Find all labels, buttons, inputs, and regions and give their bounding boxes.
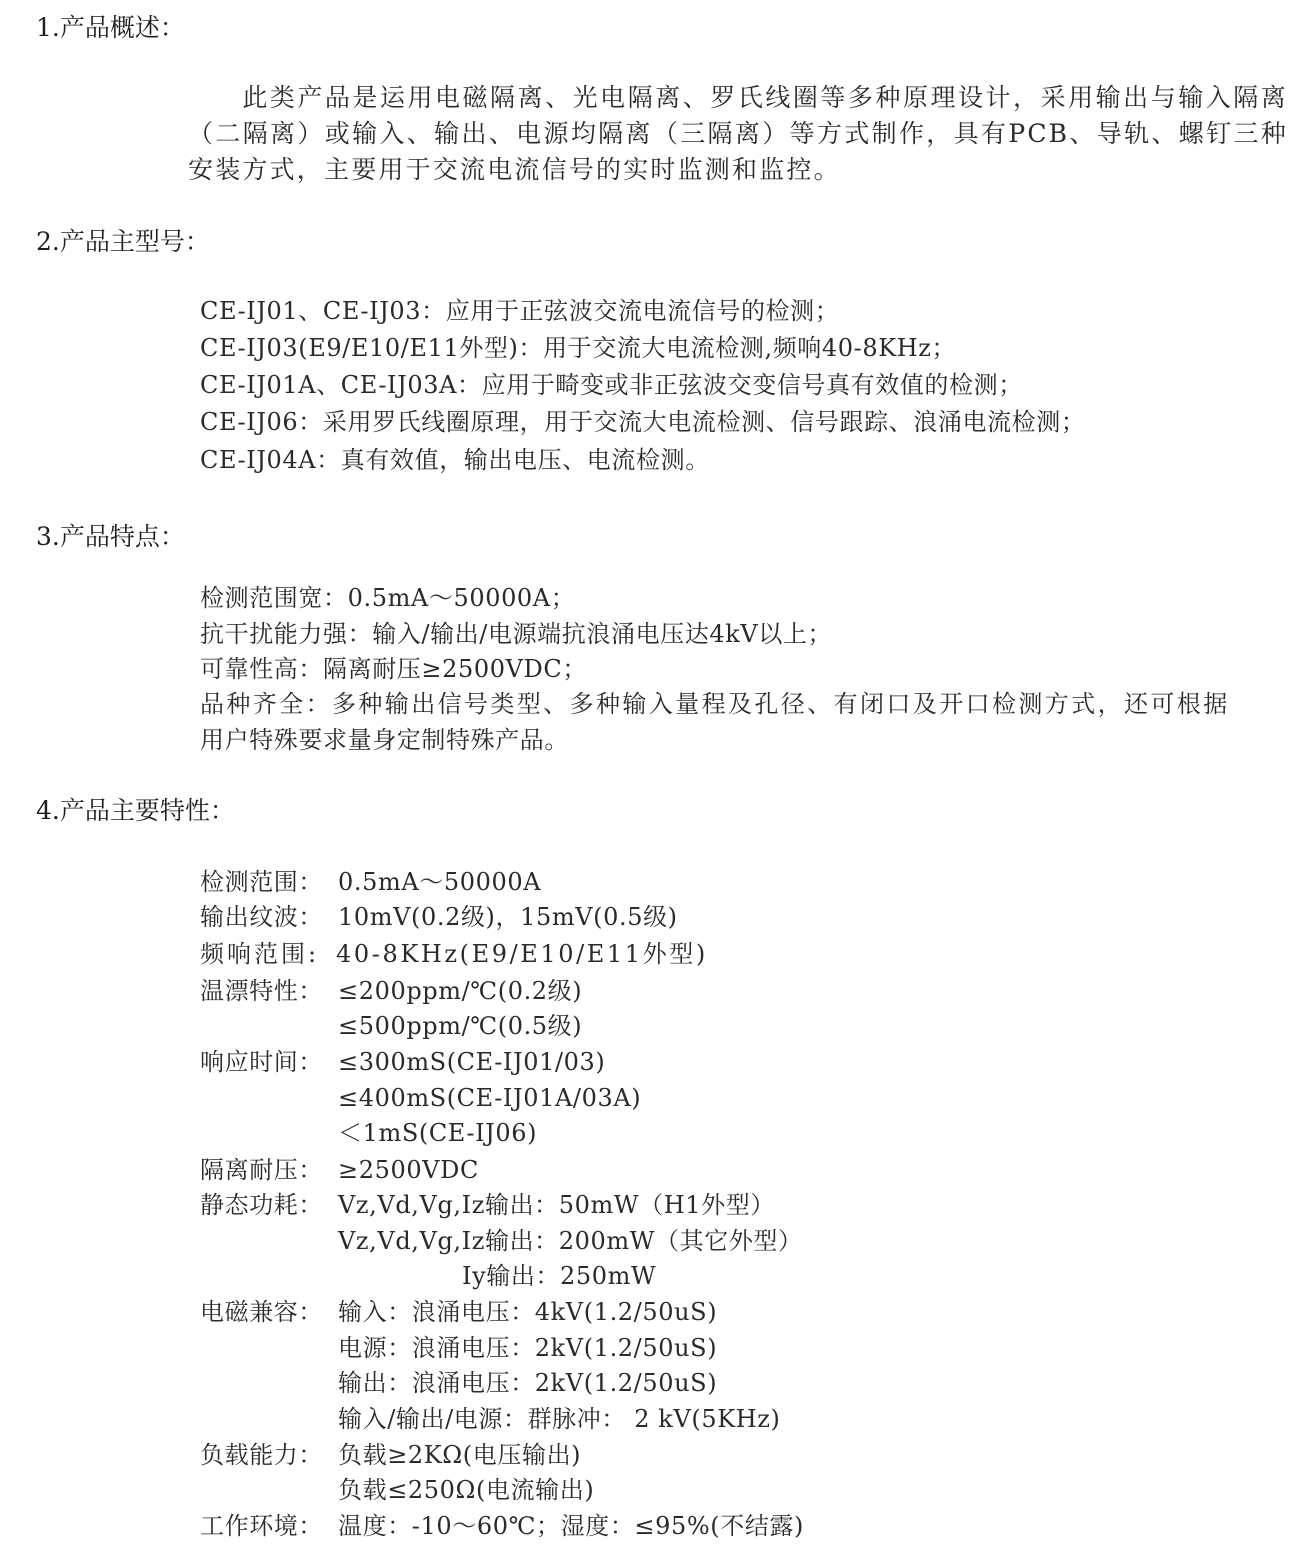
model-item: CE-IJ03(E9/E10/E11外型)：用于交流大电流检测,频响40-8KH…: [200, 333, 956, 363]
spec-value: ＜1mS(CE-IJ06): [338, 1118, 537, 1148]
spec-value: 10mV(0.2级)，15mV(0.5级): [338, 902, 678, 932]
spec-value: 输入/输出/电源：群脉冲： 2 kV(5KHz): [338, 1404, 780, 1434]
model-item: CE-IJ01、CE-IJ03：应用于正弦波交流电流信号的检测；: [200, 296, 839, 326]
section-heading-features: 3.产品特点：: [36, 522, 185, 552]
spec-value: 温度：-10～60℃；湿度：≤95%(不结露): [338, 1511, 804, 1541]
spec-value: ≤200ppm/℃(0.2级): [338, 976, 582, 1006]
spec-value: 负载≥2KΩ(电压输出): [338, 1440, 581, 1470]
spec-value: 0.5mA～50000A: [338, 867, 541, 897]
spec-value: ≤400mS(CE-IJ01A/03A): [338, 1083, 641, 1113]
feature-item: 抗干扰能力强：输入/输出/电源端抗浪涌电压达4kV以上；: [200, 619, 832, 649]
spec-value: ≤300mS(CE-IJ01/03): [338, 1047, 605, 1077]
spec-value: Iy输出：250mW: [462, 1261, 656, 1291]
spec-value: 负载≤250Ω(电流输出): [338, 1475, 594, 1505]
spec-value: 电源：浪涌电压：2kV(1.2/50uS): [338, 1333, 717, 1363]
spec-label: 电磁兼容：: [200, 1297, 323, 1327]
spec-value: Vz,Vd,Vg,Iz输出：50mW（H1外型）: [338, 1190, 775, 1220]
spec-label: 静态功耗：: [200, 1190, 323, 1220]
spec-label: 响应时间：: [200, 1047, 323, 1077]
spec-label: 工作环境：: [200, 1511, 323, 1541]
spec-label: 输出纹波：: [200, 902, 323, 932]
feature-item: 用户特殊要求量身定制特殊产品。: [200, 725, 569, 755]
spec-value: 输入：浪涌电压：4kV(1.2/50uS): [338, 1297, 717, 1327]
spec-label: 隔离耐压：: [200, 1155, 323, 1185]
model-item: CE-IJ06：采用罗氏线圈原理，用于交流大电流检测、信号跟踪、浪涌电流检测；: [200, 407, 1085, 437]
overview-paragraph: 此类产品是运用电磁隔离、光电隔离、罗氏线圈等多种原理设计，采用输出与输入隔离（二…: [188, 80, 1288, 188]
model-item: CE-IJ04A：真有效值，输出电压、电流检测。: [200, 445, 710, 475]
model-item: CE-IJ01A、CE-IJ03A：应用于畸变或非正弦波交变信号真有效值的检测；: [200, 370, 1023, 400]
spec-value: 40-8KHz(E9/E10/E11外型): [336, 939, 708, 969]
spec-value: 输出：浪涌电压：2kV(1.2/50uS): [338, 1368, 717, 1398]
spec-label: 检测范围：: [200, 867, 323, 897]
spec-value: ≤500ppm/℃(0.5级): [338, 1011, 582, 1041]
feature-item: 可靠性高：隔离耐压≥2500VDC；: [200, 654, 587, 684]
spec-value: Vz,Vd,Vg,Iz输出：200mW（其它外型）: [338, 1226, 803, 1256]
section-heading-overview: 1.产品概述：: [36, 13, 185, 43]
overview-text: 此类产品是运用电磁隔离、光电隔离、罗氏线圈等多种原理设计，采用输出与输入隔离（二…: [188, 83, 1288, 184]
spec-value: ≥2500VDC: [338, 1155, 479, 1185]
feature-item: 品种齐全：多种输出信号类型、多种输入量程及孔径、有闭口及开口检测方式，还可根据: [200, 689, 1230, 719]
spec-label: 频响范围:: [200, 939, 319, 969]
feature-item: 检测范围宽：0.5mA～50000A；: [200, 583, 575, 613]
section-heading-models: 2.产品主型号：: [36, 227, 210, 257]
spec-label: 负载能力：: [200, 1440, 323, 1470]
spec-label: 温漂特性：: [200, 976, 323, 1006]
section-heading-specs: 4.产品主要特性：: [36, 796, 235, 826]
